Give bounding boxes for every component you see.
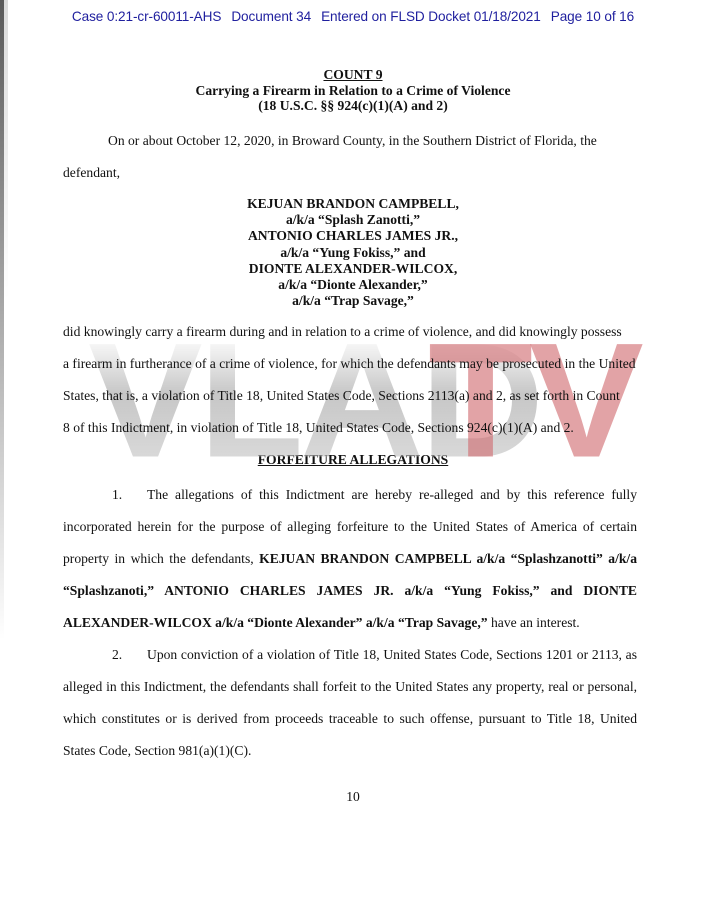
defendant-line: a/k/a “Splash Zanotti,” — [0, 212, 706, 228]
paragraph-text-end: have an interest. — [488, 615, 580, 630]
docket-header: Case 0:21-cr-60011-AHSDocument 34Entered… — [0, 9, 706, 24]
charge-paragraph: did knowingly carry a firearm during and… — [63, 316, 637, 444]
defendant-line: ANTONIO CHARLES JAMES JR., — [0, 228, 706, 244]
charge-line-3: States, that is, a violation of Title 18… — [63, 380, 637, 412]
defendant-line: DIONTE ALEXANDER-WILCOX, — [0, 261, 706, 277]
forfeiture-paragraph-1: 1.The allegations of this Indictment are… — [63, 479, 637, 639]
case-number: Case 0:21-cr-60011-AHS — [72, 9, 221, 24]
page-number: 10 — [0, 789, 706, 805]
forfeiture-paragraph-2: 2.Upon conviction of a violation of Titl… — [63, 639, 637, 767]
paragraph-number: 2. — [112, 639, 147, 671]
defendant-line: a/k/a “Dionte Alexander,” — [0, 277, 706, 293]
paragraph-number: 1. — [112, 479, 147, 511]
defendant-line: a/k/a “Trap Savage,” — [0, 293, 706, 309]
document-number: Document 34 — [231, 9, 311, 24]
intro-line-1: On or about October 12, 2020, in Broward… — [63, 125, 637, 157]
count-subtitle: Carrying a Firearm in Relation to a Crim… — [0, 83, 706, 99]
entered-date: Entered on FLSD Docket 01/18/2021 — [321, 9, 541, 24]
paragraph-text: Upon conviction of a violation of Title … — [63, 647, 637, 758]
count-title: COUNT 9 — [0, 67, 706, 83]
charge-line-2: a firearm in furtherance of a crime of v… — [63, 348, 637, 380]
charge-line-1: did knowingly carry a firearm during and… — [63, 316, 637, 348]
intro-line-2: defendant, — [63, 157, 637, 189]
count-statute: (18 U.S.C. §§ 924(c)(1)(A) and 2) — [0, 98, 706, 114]
defendant-line: KEJUAN BRANDON CAMPBELL, — [0, 196, 706, 212]
defendants-list: KEJUAN BRANDON CAMPBELL, a/k/a “Splash Z… — [0, 196, 706, 309]
charge-line-4: 8 of this Indictment, in violation of Ti… — [63, 412, 637, 444]
count-heading: COUNT 9 Carrying a Firearm in Relation t… — [0, 67, 706, 114]
intro-paragraph: On or about October 12, 2020, in Broward… — [63, 125, 637, 189]
forfeiture-heading: FORFEITURE ALLEGATIONS — [0, 452, 706, 468]
defendant-line: a/k/a “Yung Fokiss,” and — [0, 245, 706, 261]
page-indicator: Page 10 of 16 — [551, 9, 634, 24]
